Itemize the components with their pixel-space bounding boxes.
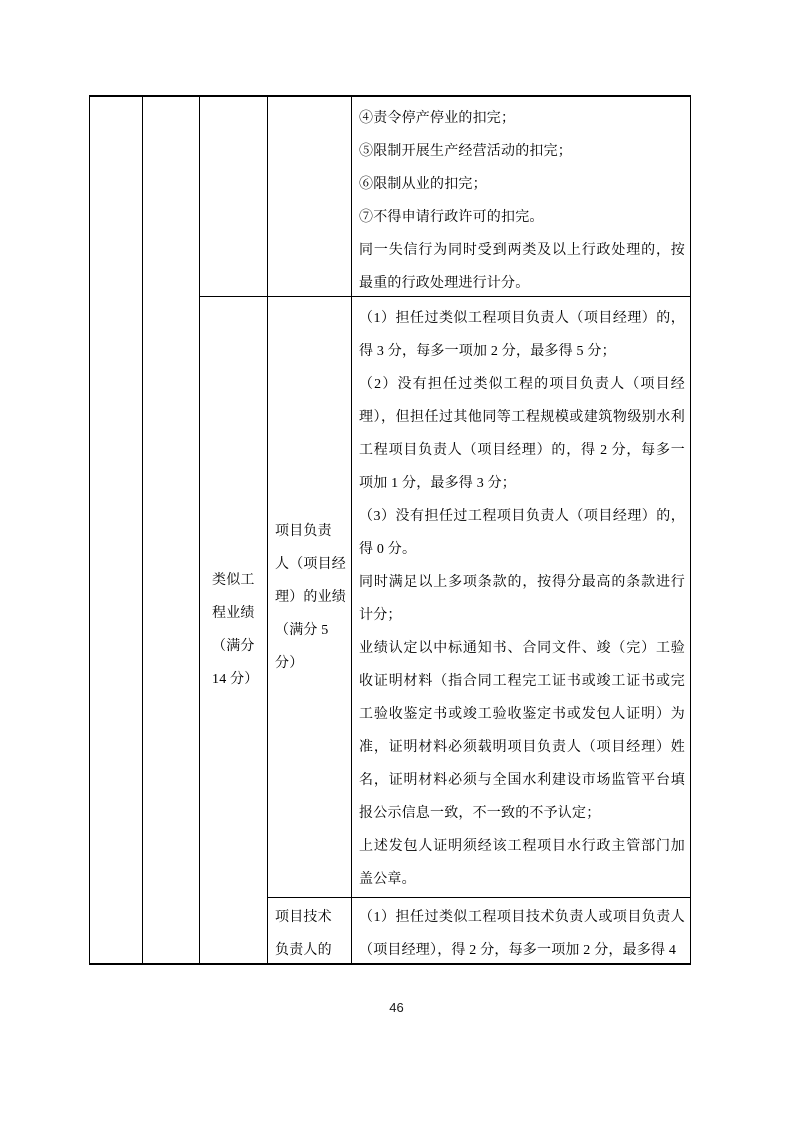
empty-cell-criteria-row1 (200, 97, 268, 297)
criteria-line: 类似工 (212, 564, 267, 597)
subitem-line: 项目技术 (275, 901, 351, 934)
empty-cell-col1 (90, 97, 143, 963)
criteria-cell-similar-project-performance: 类似工 程业绩 （满分 14 分） (200, 297, 268, 963)
subitem-line: 理）的业绩 (275, 581, 351, 614)
detail-paragraph: ④责令停产停业的扣完； (359, 102, 685, 135)
criteria-line: 程业绩 (212, 597, 267, 630)
subitem-line: 负责人的 (275, 934, 351, 963)
page-number: 46 (0, 1000, 793, 1015)
detail-paragraph: （2）没有担任过类似工程的项目负责人（项目经理），但担任过其他同等工程规模或建筑… (359, 368, 685, 500)
empty-cell-col2 (143, 97, 200, 963)
criteria-line: 14 分） (212, 663, 267, 696)
detail-paragraph: 业绩认定以中标通知书、合同文件、竣（完）工验收证明材料（指合同工程完工证书或竣工… (359, 632, 685, 830)
detail-paragraph: 上述发包人证明须经该工程项目水行政主管部门加盖公章。 (359, 830, 685, 896)
detail-cell-credit-penalty-rules: ④责令停产停业的扣完； ⑤限制开展生产经营活动的扣完； ⑥限制从业的扣完； ⑦不… (352, 97, 690, 297)
detail-cell-technical-director-scoring: （1）担任过类似工程项目技术负责人或项目负责人（项目经理），得 2 分，每多一项… (352, 898, 690, 963)
subitem-line: 项目负责 (275, 515, 351, 548)
detail-cell-project-manager-scoring: （1）担任过类似工程项目负责人（项目经理）的，得 3 分，每多一项加 2 分，最… (352, 297, 690, 898)
scoring-criteria-table: 类似工 程业绩 （满分 14 分） 项目负责 人（项目经 理）的业绩 （满分 5… (89, 95, 691, 965)
detail-paragraph: ⑥限制从业的扣完； (359, 168, 685, 201)
detail-paragraph: 同一失信行为同时受到两类及以上行政处理的，按最重的行政处理进行计分。 (359, 234, 685, 297)
subitem-line: （满分 5 (275, 614, 351, 647)
criteria-line: （满分 (212, 630, 267, 663)
detail-paragraph: （3）没有担任过工程项目负责人（项目经理）的，得 0 分。 (359, 500, 685, 566)
subitem-cell-project-manager-performance: 项目负责 人（项目经 理）的业绩 （满分 5 分） (268, 297, 352, 898)
subitem-line: 人（项目经 (275, 548, 351, 581)
subitem-cell-technical-director: 项目技术 负责人的 (268, 898, 352, 963)
detail-paragraph: （1）担任过类似工程项目技术负责人或项目负责人（项目经理），得 2 分，每多一项… (359, 901, 685, 963)
detail-paragraph: ⑦不得申请行政许可的扣完。 (359, 201, 685, 234)
detail-paragraph: ⑤限制开展生产经营活动的扣完； (359, 135, 685, 168)
subitem-line: 分） (275, 647, 351, 680)
detail-paragraph: 同时满足以上多项条款的，按得分最高的条款进行计分； (359, 566, 685, 632)
document-page: 类似工 程业绩 （满分 14 分） 项目负责 人（项目经 理）的业绩 （满分 5… (0, 0, 793, 1122)
detail-paragraph: （1）担任过类似工程项目负责人（项目经理）的，得 3 分，每多一项加 2 分，最… (359, 302, 685, 368)
empty-cell-subitem-row1 (268, 97, 352, 297)
